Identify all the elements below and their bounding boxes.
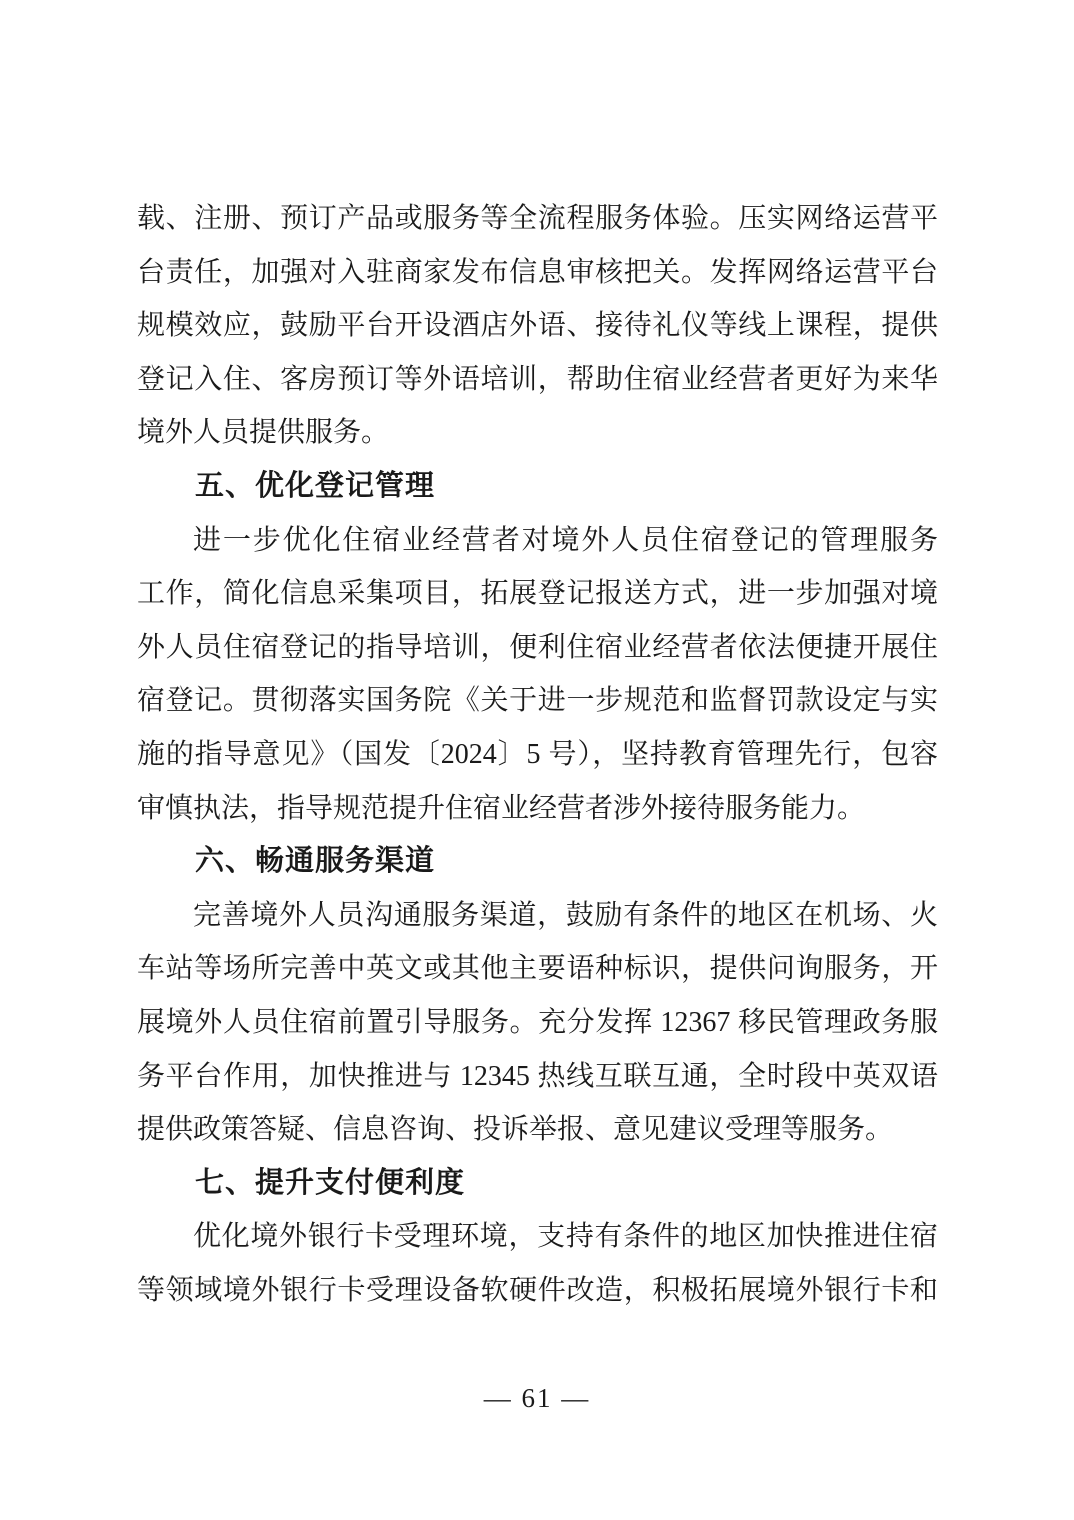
document-body: 载、注册、预订产品或服务等全流程服务体验。压实网络运营平 台责任，加强对入驻商家… <box>137 192 938 1317</box>
section-heading: 六、畅通服务渠道 <box>137 835 938 889</box>
text-line: 规模效应，鼓励平台开设酒店外语、接待礼仪等线上课程，提供 <box>137 299 938 353</box>
section-heading: 五、优化登记管理 <box>137 460 938 514</box>
text-line: 台责任，加强对入驻商家发布信息审核把关。发挥网络运营平台 <box>137 246 938 300</box>
text-line: 境外人员提供服务。 <box>137 406 938 460</box>
text-line: 等领域境外银行卡受理设备软硬件改造，积极拓展境外银行卡和 <box>137 1264 938 1318</box>
text-line: 务平台作用，加快推进与 12345 热线互联互通，全时段中英双语 <box>137 1050 938 1104</box>
section-heading: 七、提升支付便利度 <box>137 1157 938 1211</box>
text-line: 外人员住宿登记的指导培训，便利住宿业经营者依法便捷开展住 <box>137 621 938 675</box>
text-line: 载、注册、预订产品或服务等全流程服务体验。压实网络运营平 <box>137 192 938 246</box>
text-line: 车站等场所完善中英文或其他主要语种标识，提供问询服务，开 <box>137 942 938 996</box>
text-line: 施的指导意见》（国发〔2024〕5 号），坚持教育管理先行，包容 <box>137 728 938 782</box>
text-line: 优化境外银行卡受理环境，支持有条件的地区加快推进住宿 <box>137 1210 938 1264</box>
text-line: 宿登记。贯彻落实国务院《关于进一步规范和监督罚款设定与实 <box>137 674 938 728</box>
text-line: 提供政策答疑、信息咨询、投诉举报、意见建议受理等服务。 <box>137 1103 938 1157</box>
text-line: 完善境外人员沟通服务渠道，鼓励有条件的地区在机场、火 <box>137 889 938 943</box>
document-page: 载、注册、预订产品或服务等全流程服务体验。压实网络运营平 台责任，加强对入驻商家… <box>0 0 1074 1520</box>
text-line: 审慎执法，指导规范提升住宿业经营者涉外接待服务能力。 <box>137 782 938 836</box>
page-number: — 61 — <box>0 1378 1074 1418</box>
text-line: 展境外人员住宿前置引导服务。充分发挥 12367 移民管理政务服 <box>137 996 938 1050</box>
text-line: 登记入住、客房预订等外语培训，帮助住宿业经营者更好为来华 <box>137 353 938 407</box>
text-line: 进一步优化住宿业经营者对境外人员住宿登记的管理服务 <box>137 514 938 568</box>
text-line: 工作，简化信息采集项目，拓展登记报送方式，进一步加强对境 <box>137 567 938 621</box>
